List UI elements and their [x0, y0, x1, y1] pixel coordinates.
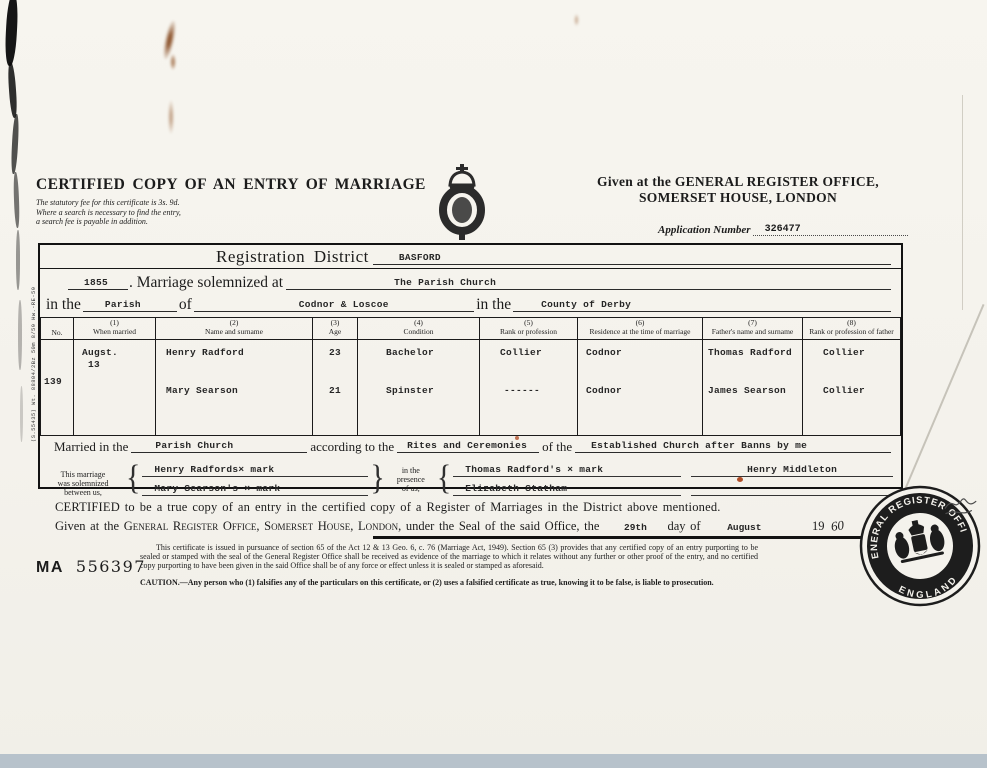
bride-age: 21 — [313, 385, 357, 396]
bride-condition: Spinster — [386, 385, 479, 396]
in-the-label-2: in the — [476, 297, 511, 313]
register-entry-box: Registration District BASFORD 1855 . Mar… — [38, 243, 903, 489]
bride-rank: ------ — [504, 385, 577, 396]
header-left: CERTIFIED COPY OF AN ENTRY OF MARRIAGE T… — [36, 176, 456, 227]
label-line: This marriage — [42, 470, 124, 479]
according-value: Rites and Ceremonies — [407, 440, 527, 451]
county-value: County of Derby — [541, 299, 631, 310]
issue-month: August — [727, 522, 761, 533]
married-in-label: Married in the — [54, 440, 128, 453]
place-line: Codnor & Loscoe — [194, 298, 474, 312]
label-line: between us, — [42, 488, 124, 497]
column-label: Rank or profession — [480, 328, 577, 337]
married-in-value: Parish Church — [155, 440, 233, 451]
solemnized-at-value: The Parish Church — [394, 277, 496, 288]
column-label: Father's name and surname — [703, 328, 802, 337]
cell-conditions: Bachelor Spinster — [358, 340, 480, 436]
marriage-register-table: No. (1)When married (2)Name and surname … — [40, 317, 901, 436]
label-line: in the — [387, 466, 435, 475]
film-edge-mark — [4, 0, 19, 66]
application-number-label: Application Number — [658, 224, 751, 236]
column-header-no: No. — [41, 318, 74, 340]
marriage-solemnized-label: . Marriage solemnized at — [129, 275, 283, 291]
certified-statement: CERTIFIED to be a true copy of an entry … — [55, 500, 721, 515]
printer-imprint: (S.55435) Wt. 88804/2Bz 50m 8/59 Hw.-RE-… — [30, 282, 37, 442]
of-label: of — [179, 297, 192, 313]
table-header-row: No. (1)When married (2)Name and surname … — [41, 318, 901, 340]
given-at-office-line2: SOMERSET HOUSE, LONDON — [568, 190, 908, 206]
application-number-line: 326477 — [753, 222, 908, 236]
film-edge-mark — [18, 300, 22, 370]
label-line: presence — [387, 475, 435, 484]
cell-residences: Codnor Codnor — [578, 340, 703, 436]
label-line: was solemnized — [42, 479, 124, 488]
column-header-rank: (5)Rank or profession — [480, 318, 578, 340]
given-post: under the Seal of the said Office, the — [406, 519, 600, 533]
column-label: Residence at the time of marriage — [578, 328, 702, 337]
in-the-label: in the — [46, 297, 81, 313]
header-right: Given at the GENERAL REGISTER OFFICE, SO… — [568, 174, 908, 236]
rust-stain — [574, 14, 579, 26]
bride-residence: Codnor — [586, 385, 702, 396]
groom-name: Henry Radford — [166, 347, 312, 358]
film-edge-mark — [20, 386, 23, 442]
serial-prefix: MA — [36, 559, 64, 576]
application-number-row: Application Number 326477 — [568, 222, 908, 236]
given-office: General Register Office, Somerset House,… — [124, 519, 402, 533]
column-label: Rank or profession of father — [803, 328, 900, 337]
rust-stain — [170, 54, 176, 70]
rites-line: Established Church after Banns by me — [575, 439, 891, 453]
parish-value: Parish — [105, 299, 141, 310]
paper-crease — [901, 304, 984, 496]
year-line: 1855 — [68, 276, 128, 290]
day-of-label: day of — [667, 519, 700, 533]
statutory-fine-print: This certificate is issued in pursuance … — [140, 544, 758, 570]
bride-father-rank: Collier — [823, 385, 900, 396]
label-line: of us, — [387, 484, 435, 493]
rites-value: Established Church after Banns by me — [591, 440, 807, 451]
groom-father: Thomas Radford — [708, 347, 802, 358]
of-the-label: of the — [542, 440, 572, 453]
fee-note-line: The statutory fee for this certificate i… — [36, 198, 456, 208]
marriage-certificate-page: CERTIFIED COPY OF AN ENTRY OF MARRIAGE T… — [0, 0, 987, 768]
document-title: CERTIFIED COPY OF AN ENTRY OF MARRIAGE — [36, 176, 456, 194]
caution-statement: CAUTION.—Any person who (1) falsifies an… — [140, 578, 758, 587]
serial-number: 556397 — [76, 557, 146, 576]
table-entry-row: 139 Augst. 13 Henry Radford Mary Searson… — [41, 340, 901, 436]
bride-signature: Mary Searson's × mark — [142, 477, 368, 496]
according-label: according to the — [310, 440, 394, 453]
application-number-value: 326477 — [765, 224, 801, 235]
parish-county-row: in the Parish of Codnor & Loscoe in the … — [40, 293, 901, 315]
film-edge-mark — [13, 172, 20, 228]
officiant-signature: Henry Middleton — [691, 458, 893, 477]
film-edge-mark — [16, 230, 20, 290]
column-header-when-married: (1)When married — [74, 318, 156, 340]
cell-when-married: Augst. 13 — [74, 340, 156, 436]
groom-rank: Collier — [500, 347, 577, 358]
column-label: When married — [74, 328, 155, 337]
when-married-day: 13 — [88, 359, 155, 370]
given-at-statement: Given at the General Register Office, So… — [55, 518, 844, 534]
certificate-serial: MA556397 — [36, 557, 146, 577]
according-line: Rites and Ceremonies — [397, 439, 539, 453]
column-label: Name and surname — [156, 328, 312, 337]
paper-edge-line — [962, 95, 963, 310]
column-label: Age — [313, 328, 357, 337]
scan-bottom-strip — [0, 754, 987, 768]
solemnized-at-line: The Parish Church — [286, 276, 891, 290]
groom-residence: Codnor — [586, 347, 702, 358]
given-at-office-line1: Given at the GENERAL REGISTER OFFICE, — [568, 174, 908, 190]
column-header-father-name: (7)Father's name and surname — [703, 318, 803, 340]
place-value: Codnor & Loscoe — [299, 299, 389, 310]
registration-district-line: BASFORD — [373, 251, 891, 265]
married-in-line: Parish Church — [131, 439, 307, 453]
witness-signature: Elizabeth Statham — [453, 477, 681, 496]
column-header-name: (2)Name and surname — [156, 318, 313, 340]
witness-signature: Thomas Radford's × mark — [453, 458, 681, 477]
column-header-condition: (4)Condition — [358, 318, 480, 340]
registration-district-value: BASFORD — [399, 252, 441, 263]
column-header-age: (3)Age — [313, 318, 358, 340]
issue-year-handwritten: 60 — [830, 517, 845, 535]
fee-note: The statutory fee for this certificate i… — [36, 198, 456, 227]
horizontal-rule — [373, 536, 905, 539]
fee-note-line: a search fee is payable in addition. — [36, 217, 456, 227]
bride-father: James Searson — [708, 385, 802, 396]
entry-no: 139 — [44, 376, 73, 387]
married-in-row: Married in the Parish Church according t… — [40, 436, 901, 456]
cell-ages: 23 21 — [313, 340, 358, 436]
fine-print-body: This certificate is issued in pursuance … — [140, 544, 758, 570]
cell-entry-no: 139 — [41, 340, 74, 436]
county-line: County of Derby — [513, 298, 891, 312]
cell-ranks: Collier ------ — [480, 340, 578, 436]
parish-line: Parish — [83, 298, 177, 312]
groom-father-rank: Collier — [823, 347, 900, 358]
groom-condition: Bachelor — [386, 347, 479, 358]
column-header-father-rank: (8)Rank or profession of father — [803, 318, 901, 340]
bride-name: Mary Searson — [166, 385, 312, 396]
year-value: 1855 — [84, 277, 108, 288]
fee-note-line: Where a search is necessary to find the … — [36, 208, 456, 218]
column-label: Condition — [358, 328, 479, 337]
year-prefix: 19 — [812, 519, 825, 533]
registration-district-row: Registration District BASFORD — [40, 245, 901, 269]
groom-age: 23 — [313, 347, 357, 358]
cell-father-ranks: Collier Collier — [803, 340, 901, 436]
rust-stain — [161, 20, 178, 61]
groom-signature: Henry Radfords× mark — [142, 458, 368, 477]
when-married-month: Augst. — [82, 347, 155, 358]
issue-day: 29th — [624, 522, 647, 533]
royal-crest-icon — [436, 163, 488, 241]
rust-stain — [168, 100, 174, 134]
given-pre: Given at the — [55, 519, 119, 533]
cell-names: Henry Radford Mary Searson — [156, 340, 313, 436]
column-header-residence: (6)Residence at the time of marriage — [578, 318, 703, 340]
cell-fathers: Thomas Radford James Searson — [703, 340, 803, 436]
film-edge-mark — [10, 114, 19, 174]
registration-district-label: Registration District — [216, 248, 369, 265]
film-edge-mark — [7, 62, 18, 118]
general-register-office-seal: ✦ GENERAL REGISTER OFFICE ✦ ENGLAND — [844, 470, 987, 622]
marriage-solemnized-row: 1855 . Marriage solemnized at The Parish… — [40, 269, 901, 293]
